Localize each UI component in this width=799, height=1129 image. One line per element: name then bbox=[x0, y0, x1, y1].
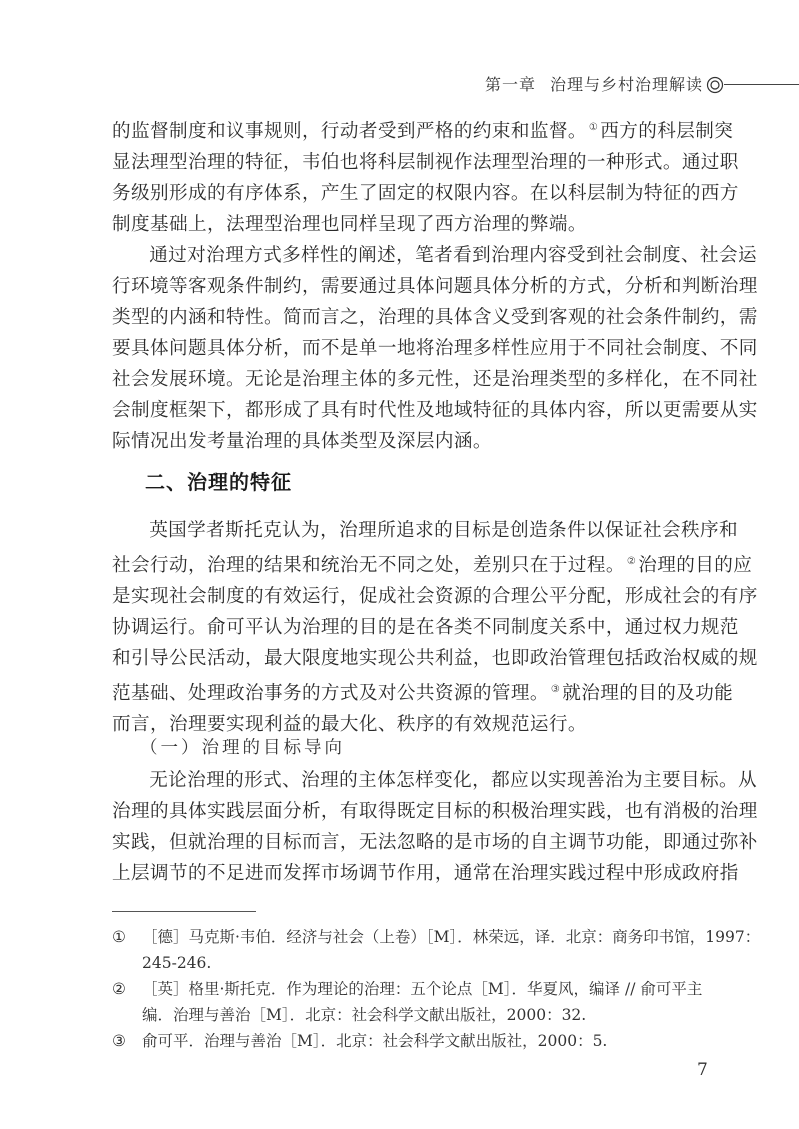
text-line: 实践，但就治理的目标而言，无法忽略的是市场的自主调节功能，即通过弥补 bbox=[112, 827, 704, 858]
chapter-label: 第一章 bbox=[485, 75, 536, 94]
text-line: 英国学者斯托克认为，治理所追求的目标是创造条件以保证社会秩序和 bbox=[112, 515, 704, 546]
footnotes: ①［德］马克斯·韦伯．经济与社会（上卷）［M］．林荣远，译．北京：商务印书馆，1… bbox=[112, 924, 704, 1054]
running-head-title: 第一章治理与乡村治理解读 bbox=[485, 72, 703, 95]
running-head-rule bbox=[724, 84, 799, 85]
paragraph: 英国学者斯托克认为，治理所追求的目标是创造条件以保证社会秩序和社会行动，治理的结… bbox=[112, 515, 704, 740]
footnote-marker[interactable]: ② bbox=[627, 556, 636, 567]
footnote-marker[interactable]: ③ bbox=[551, 684, 560, 695]
footnote-item: ③俞可平．治理与善治［M］．北京：社会科学文献出版社，2000：5. bbox=[112, 1028, 704, 1054]
text-line: 社会发展环境。无论是治理主体的多元性，还是治理类型的多样化，在不同社 bbox=[112, 364, 704, 395]
footnote-item: ②［英］格里·斯托克．作为理论的治理：五个论点［M］．华夏风，编译 // 俞可平… bbox=[112, 976, 704, 1028]
body-text-block-2: 英国学者斯托克认为，治理所追求的目标是创造条件以保证社会秩序和社会行动，治理的结… bbox=[112, 515, 704, 740]
text-line: 范基础、处理政治事务的方式及对公共资源的管理。③就治理的目的及功能 bbox=[112, 674, 704, 709]
paragraph: 的监督制度和议事规则，行动者受到严格的约束和监督。①西方的科层制突显法理型治理的… bbox=[112, 112, 704, 240]
text-line: 通过对治理方式多样性的阐述，笔者看到治理内容受到社会制度、社会运 bbox=[112, 240, 704, 271]
subsection-heading: （一）治理的目标导向 bbox=[140, 734, 345, 759]
chapter-title: 治理与乡村治理解读 bbox=[550, 75, 703, 94]
text-line: 行环境等客观条件制约，需要通过具体问题具体分析的方式，分析和判断治理 bbox=[112, 271, 704, 302]
running-head: 第一章治理与乡村治理解读 bbox=[0, 66, 799, 102]
double-circle-icon bbox=[706, 76, 724, 94]
footnote-marker[interactable]: ① bbox=[589, 122, 598, 133]
text-line: 社会行动，治理的结果和统治无不同之处，差别只在于过程。②治理的目的应 bbox=[112, 546, 704, 581]
text-line: 和引导公民活动，最大限度地实现公共利益，也即政治管理包括政治权威的规 bbox=[112, 643, 704, 674]
page-number: 7 bbox=[697, 1060, 708, 1080]
section-heading: 二、治理的特征 bbox=[145, 466, 292, 495]
body-text-block-1: 的监督制度和议事规则，行动者受到严格的约束和监督。①西方的科层制突显法理型治理的… bbox=[112, 112, 704, 457]
text-line: 的监督制度和议事规则，行动者受到严格的约束和监督。①西方的科层制突 bbox=[112, 112, 704, 147]
footnote-line: 编．治理与善治［M］．北京：社会科学文献出版社，2000：32. bbox=[142, 1002, 704, 1028]
text-line: 协调运行。俞可平认为治理的目的是在各类不同制度关系中，通过权力规范 bbox=[112, 612, 704, 643]
text-line: 治理的具体实践层面分析，有取得既定目标的积极治理实践，也有消极的治理 bbox=[112, 796, 704, 827]
text-line: 际情况出发考量治理的具体类型及深层内涵。 bbox=[112, 426, 704, 457]
text-line: 会制度框架下，都形成了具有时代性及地域特征的具体内容，所以更需要从实 bbox=[112, 395, 704, 426]
footnote-line: ［德］马克斯·韦伯．经济与社会（上卷）［M］．林荣远，译．北京：商务印书馆，19… bbox=[142, 924, 704, 950]
footnote-number: ② bbox=[112, 976, 126, 1002]
paragraph: 通过对治理方式多样性的阐述，笔者看到治理内容受到社会制度、社会运行环境等客观条件… bbox=[112, 240, 704, 457]
text-line: 务级别形成的有序体系，产生了固定的权限内容。在以科层制为特征的西方 bbox=[112, 178, 704, 209]
footnote-separator bbox=[112, 911, 256, 912]
text-line: 显法理型治理的特征，韦伯也将科层制视作法理型治理的一种形式。通过职 bbox=[112, 147, 704, 178]
footnote-number: ① bbox=[112, 924, 126, 950]
footnote-line: 245-246. bbox=[142, 950, 704, 976]
text-line: 是实现社会制度的有效运行，促成社会资源的合理公平分配，形成社会的有序 bbox=[112, 581, 704, 612]
text-line: 类型的内涵和特性。简而言之，治理的具体含义受到客观的社会条件制约，需 bbox=[112, 302, 704, 333]
footnote-line: ［英］格里·斯托克．作为理论的治理：五个论点［M］．华夏风，编译 // 俞可平主 bbox=[142, 976, 704, 1002]
paragraph: 无论治理的形式、治理的主体怎样变化，都应以实现善治为主要目标。从治理的具体实践层… bbox=[112, 765, 704, 889]
text-line: 制度基础上，法理型治理也同样呈现了西方治理的弊端。 bbox=[112, 209, 704, 240]
body-text-block-3: 无论治理的形式、治理的主体怎样变化，都应以实现善治为主要目标。从治理的具体实践层… bbox=[112, 765, 704, 889]
text-line: 上层调节的不足进而发挥市场调节作用，通常在治理实践过程中形成政府指 bbox=[112, 858, 704, 889]
footnote-item: ①［德］马克斯·韦伯．经济与社会（上卷）［M］．林荣远，译．北京：商务印书馆，1… bbox=[112, 924, 704, 976]
footnote-line: 俞可平．治理与善治［M］．北京：社会科学文献出版社，2000：5. bbox=[142, 1028, 704, 1054]
text-line: 要具体问题具体分析，而不是单一地将治理多样性应用于不同社会制度、不同 bbox=[112, 333, 704, 364]
text-line: 无论治理的形式、治理的主体怎样变化，都应以实现善治为主要目标。从 bbox=[112, 765, 704, 796]
footnote-number: ③ bbox=[112, 1028, 126, 1054]
